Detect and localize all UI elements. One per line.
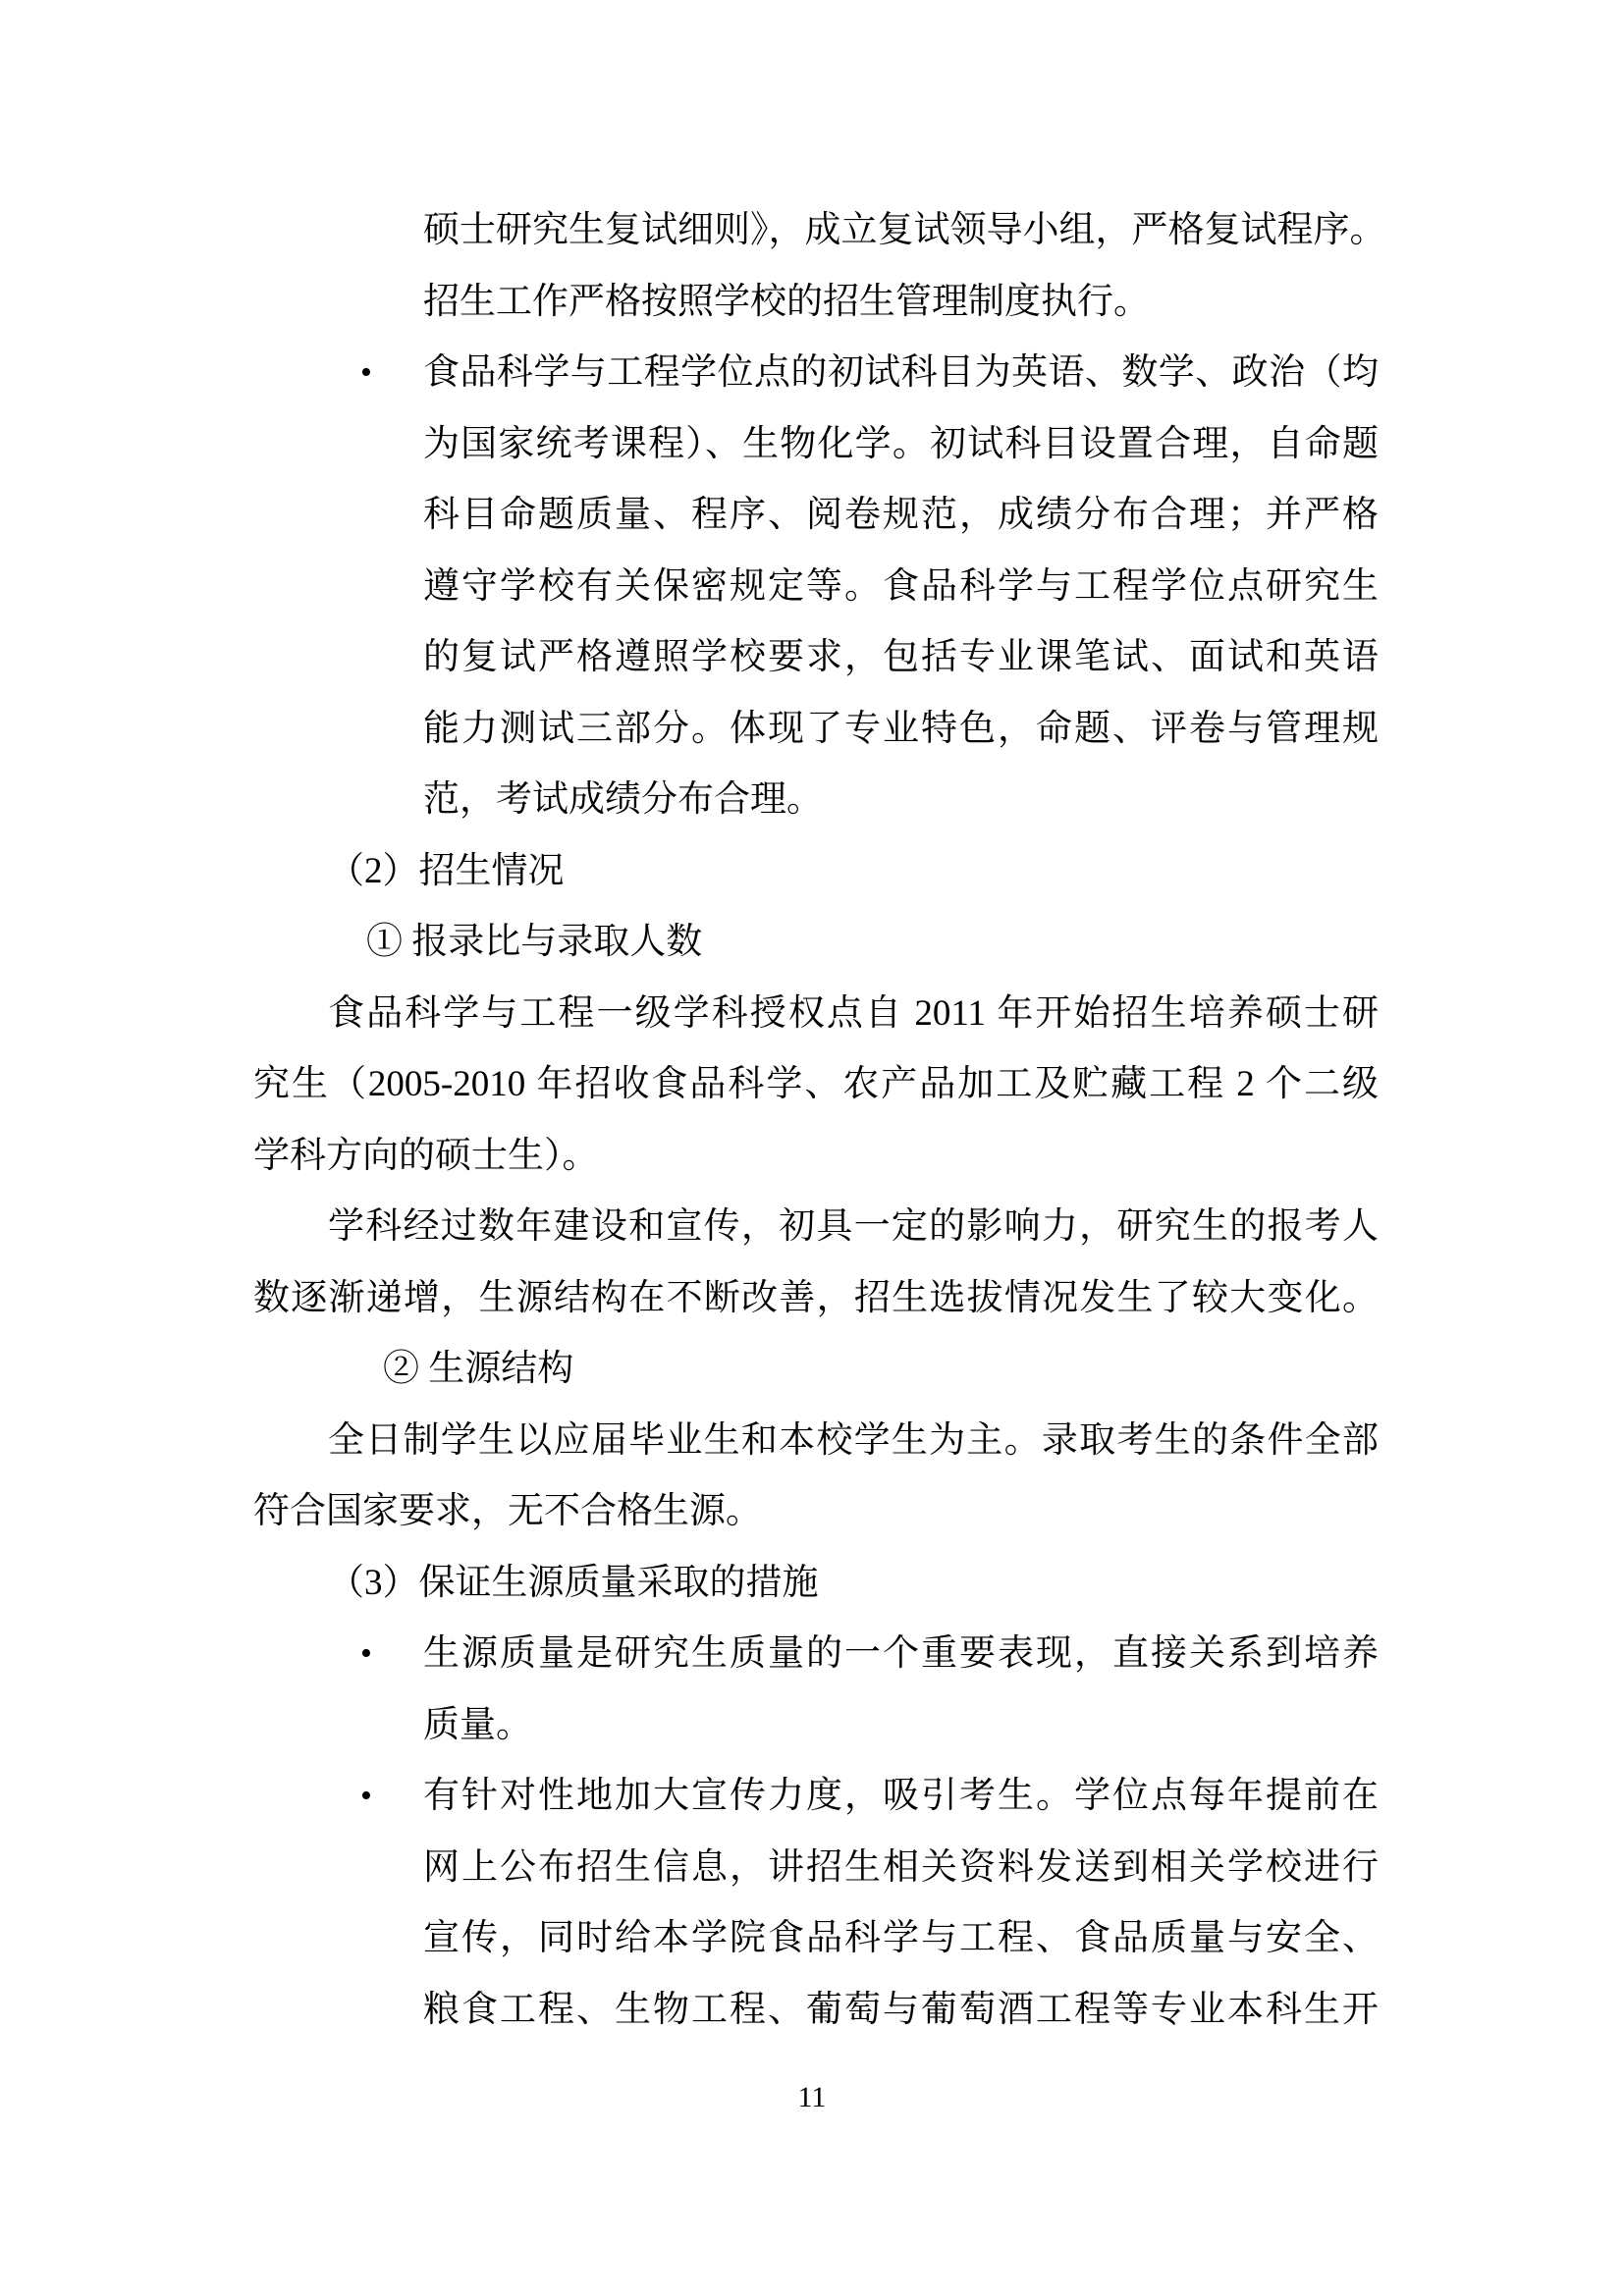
text-line: 遵守学校有关保密规定等。食品科学与工程学位点研究生 xyxy=(423,552,1379,623)
bullet-icon: • xyxy=(360,1761,372,1833)
text-line: 全日制学生以应届毕业生和本校学生为主。录取考生的条件全部 xyxy=(253,1406,1379,1477)
text-line: 硕士研究生复试细则》，成立复试领导小组，严格复试程序。 xyxy=(423,195,1379,267)
bullet-item-text: 食品科学与工程学位点的初试科目为英语、数学、政治（均 xyxy=(423,352,1379,393)
text-line: 能力测试三部分。体现了专业特色，命题、评卷与管理规 xyxy=(423,694,1379,766)
sub-heading: ① 报录比与录取人数 xyxy=(366,907,1379,979)
bullet-icon: • xyxy=(360,338,372,409)
text-line: 范，考试成绩分布合理。 xyxy=(423,765,1379,836)
text-line: 粮食工程、生物工程、葡萄与葡萄酒工程等专业本科生开 xyxy=(423,1975,1379,2047)
section-heading: （2）招生情况 xyxy=(253,836,1379,908)
text-line: 网上公布招生信息，讲招生相关资料发送到相关学校进行 xyxy=(423,1833,1379,1904)
bullet-list-item: •食品科学与工程学位点的初试科目为英语、数学、政治（均 xyxy=(423,338,1379,409)
bullet-icon: • xyxy=(360,1619,372,1690)
text-line: 学科方向的硕士生）。 xyxy=(253,1121,1379,1193)
bullet-item-text: 有针对性地加大宣传力度，吸引考生。学位点每年提前在 xyxy=(423,1776,1379,1816)
section-heading: （3）保证生源质量采取的措施 xyxy=(253,1548,1379,1620)
bullet-item-text: 生源质量是研究生质量的一个重要表现，直接关系到培养 xyxy=(423,1633,1379,1674)
text-line: 宣传，同时给本学院食品科学与工程、食品质量与安全、 xyxy=(423,1903,1379,1975)
text-line: 科目命题质量、程序、阅卷规范，成绩分布合理；并严格 xyxy=(423,480,1379,552)
text-line: 质量。 xyxy=(423,1690,1379,1762)
text-content: 硕士研究生复试细则》，成立复试领导小组，严格复试程序。 招生工作严格按照学校的招… xyxy=(253,195,1379,2046)
sub-heading: ② 生源结构 xyxy=(383,1334,1379,1406)
document-page: 硕士研究生复试细则》，成立复试领导小组，严格复试程序。 招生工作严格按照学校的招… xyxy=(0,0,1624,2296)
text-line: 食品科学与工程一级学科授权点自 2011 年开始招生培养硕士研 xyxy=(253,979,1379,1050)
text-line: 数逐渐递增，生源结构在不断改善，招生选拔情况发生了较大变化。 xyxy=(253,1263,1379,1335)
text-line: 招生工作严格按照学校的招生管理制度执行。 xyxy=(423,267,1379,339)
bullet-list-item: •有针对性地加大宣传力度，吸引考生。学位点每年提前在 xyxy=(423,1761,1379,1833)
text-line: 符合国家要求，无不合格生源。 xyxy=(253,1476,1379,1548)
page-number: 11 xyxy=(0,2073,1624,2122)
bullet-list-item: •生源质量是研究生质量的一个重要表现，直接关系到培养 xyxy=(423,1619,1379,1690)
text-line: 的复试严格遵照学校要求，包括专业课笔试、面试和英语 xyxy=(423,622,1379,694)
text-line: 为国家统考课程）、生物化学。初试科目设置合理，自命题 xyxy=(423,409,1379,481)
text-line: 究生（2005-2010 年招收食品科学、农产品加工及贮藏工程 2 个二级 xyxy=(253,1049,1379,1121)
text-line: 学科经过数年建设和宣传，初具一定的影响力，研究生的报考人 xyxy=(253,1192,1379,1263)
